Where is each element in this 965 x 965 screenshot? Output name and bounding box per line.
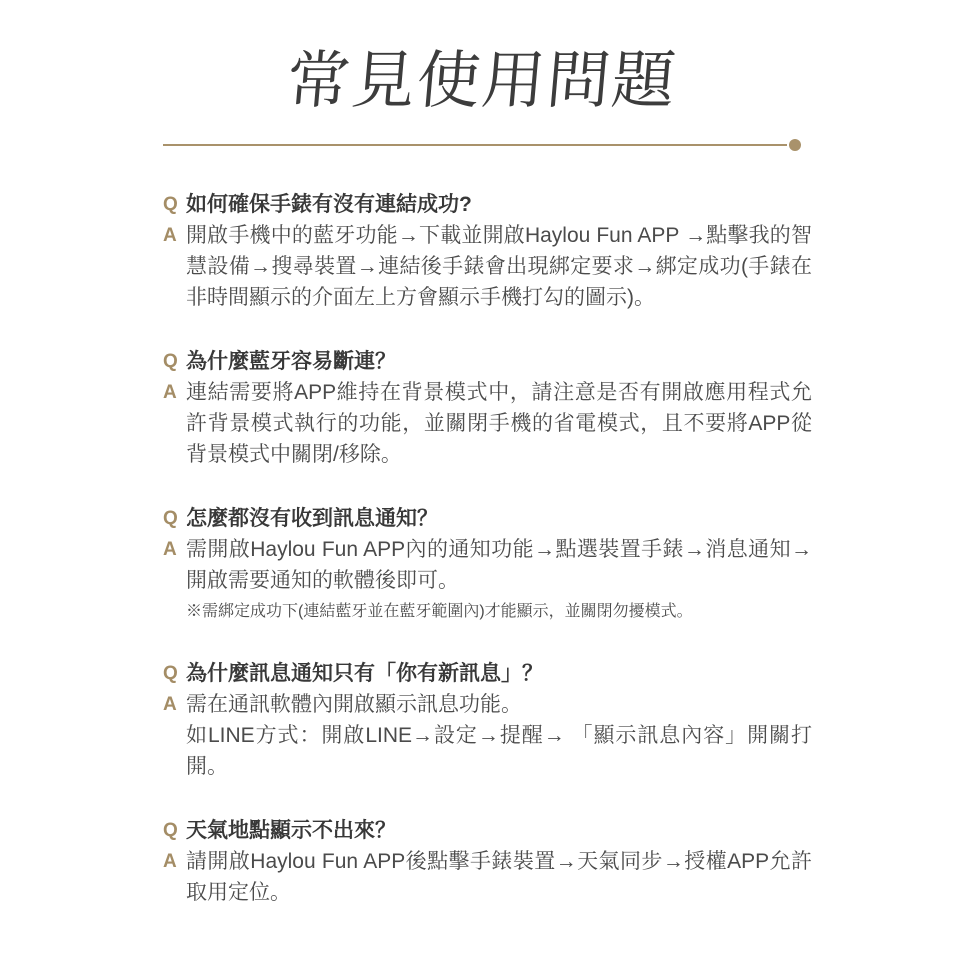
answer-text: 請開啟Haylou Fun APP後點擊手錶裝置→天氣同步→授權APP允許取用定… [186, 846, 812, 908]
answer-note: ※需綁定成功下(連結藍牙並在藍牙範圍內)才能顯示，並關閉勿擾模式。 [186, 598, 812, 625]
question-text: 天氣地點顯示不出來？ [186, 815, 812, 846]
question-text: 為什麼藍牙容易斷連？ [186, 346, 812, 377]
a-marker: A [163, 534, 186, 565]
question-text: 如何確保手錶有沒有連結成功? [186, 189, 812, 220]
a-marker: A [163, 377, 186, 408]
answer-text: 開啟手機中的藍牙功能→下載並開啟Haylou Fun APP →點擊我的智慧設備… [186, 220, 812, 313]
answer-text: 如LINE方式：開啟LINE→設定→提醒→ 「顯示訊息內容」開關打開。 [186, 720, 812, 782]
answer-text: 需在通訊軟體內開啟顯示訊息功能。 [186, 689, 812, 720]
page-title: 常見使用問題 [0, 30, 965, 121]
q-marker: Q [163, 815, 186, 846]
a-marker: A [163, 846, 186, 877]
faq-list: Q 如何確保手錶有沒有連結成功? A 開啟手機中的藍牙功能→下載並開啟Haylo… [163, 189, 812, 941]
faq-page: 常見使用問題 Q 如何確保手錶有沒有連結成功? A 開啟手機中的藍牙功能→下載並… [0, 0, 965, 965]
qa-block-weather-location: Q 天氣地點顯示不出來？ A 請開啟Haylou Fun APP後點擊手錶裝置→… [163, 815, 812, 908]
a-marker: A [163, 689, 186, 720]
q-marker: Q [163, 346, 186, 377]
title-divider [163, 144, 787, 146]
qa-block-connect-success: Q 如何確保手錶有沒有連結成功? A 開啟手機中的藍牙功能→下載並開啟Haylo… [163, 189, 812, 313]
answer-text: 連結需要將APP維持在背景模式中，請注意是否有開啟應用程式允許背景模式執行的功能… [186, 377, 812, 470]
question-text: 怎麼都沒有收到訊息通知？ [186, 503, 812, 534]
q-marker: Q [163, 658, 186, 689]
qa-block-bluetooth-disconnect: Q 為什麼藍牙容易斷連？ A 連結需要將APP維持在背景模式中，請注意是否有開啟… [163, 346, 812, 470]
q-marker: Q [163, 189, 186, 220]
question-text: 為什麼訊息通知只有「你有新訊息」？ [186, 658, 812, 689]
divider-end-dot [789, 139, 801, 151]
q-marker: Q [163, 503, 186, 534]
qa-block-no-notifications: Q 怎麼都沒有收到訊息通知？ A 需開啟Haylou Fun APP內的通知功能… [163, 503, 812, 625]
answer-text: 需開啟Haylou Fun APP內的通知功能→點選裝置手錶→消息通知→開啟需要… [186, 534, 812, 596]
qa-block-new-message-only: Q 為什麼訊息通知只有「你有新訊息」？ A 需在通訊軟體內開啟顯示訊息功能。 如… [163, 658, 812, 782]
a-marker: A [163, 220, 186, 251]
